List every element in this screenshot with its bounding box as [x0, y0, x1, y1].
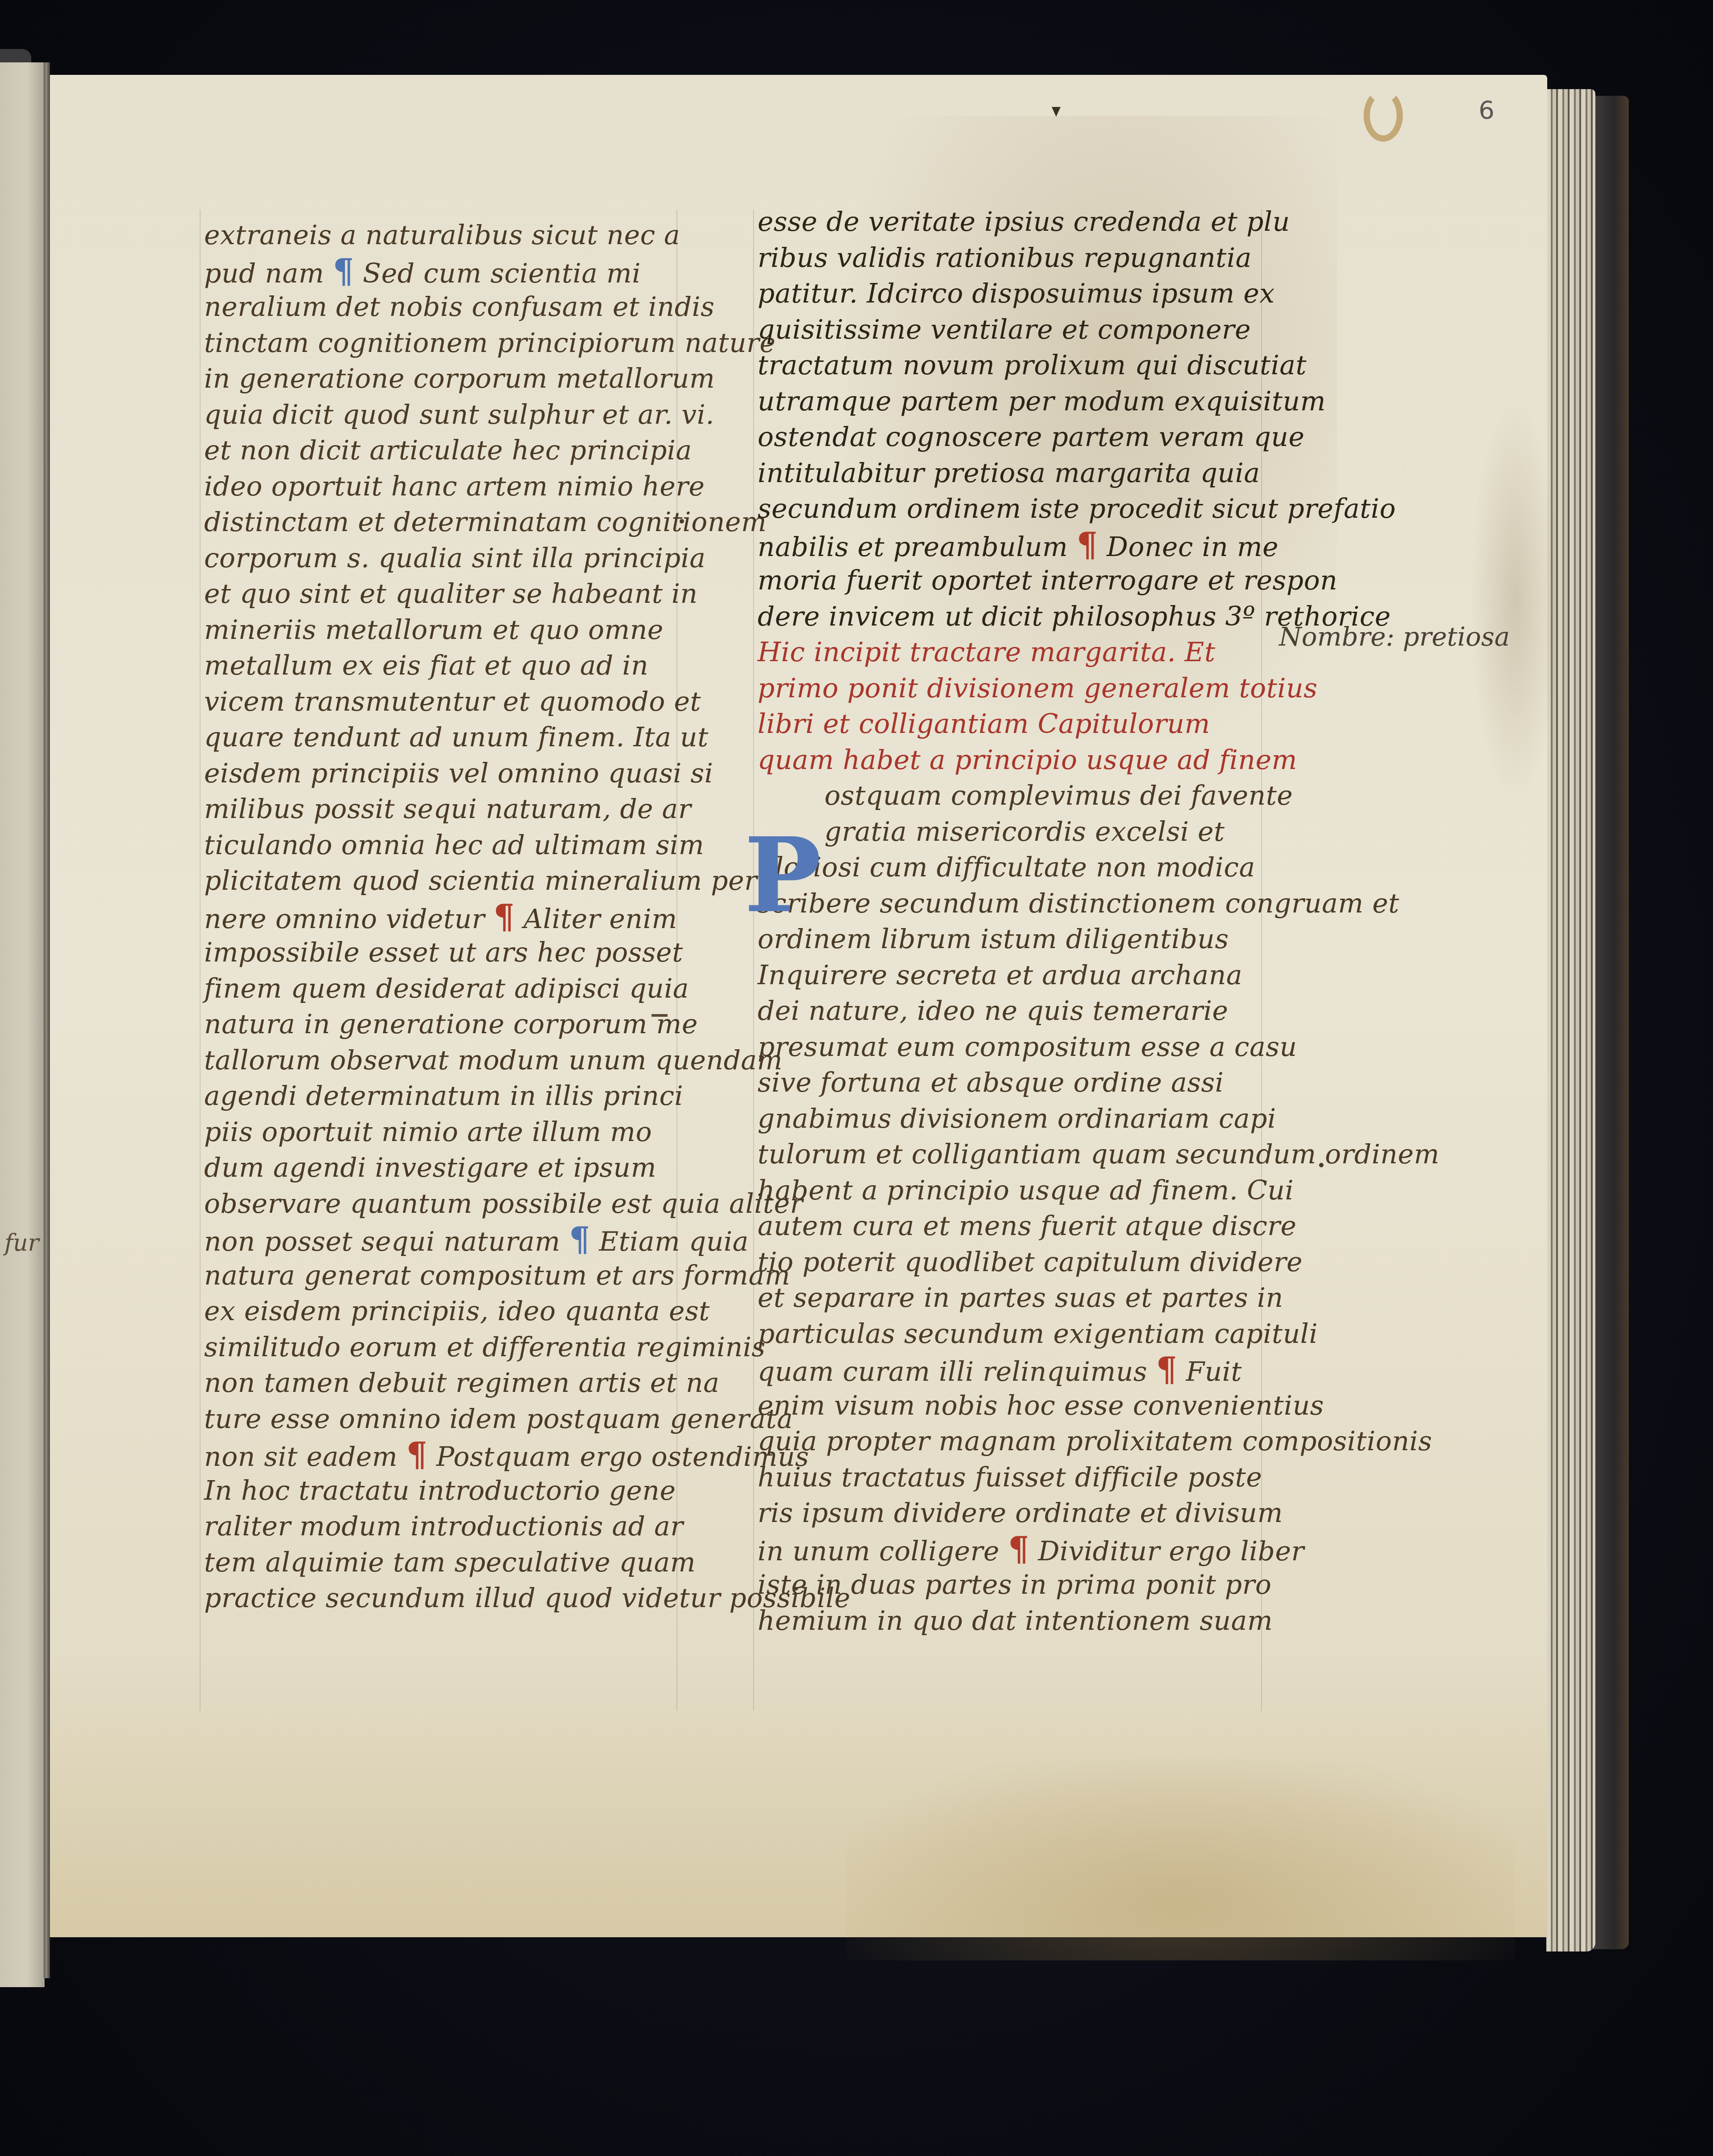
line-text: presumat eum compositum esse a casu: [758, 1031, 1297, 1063]
line-text: ostquam complevimus dei favente: [824, 780, 1293, 811]
line-text: et separare in partes suas et partes in: [758, 1282, 1283, 1313]
line-text: Postquam ergo ostendimus: [427, 1441, 809, 1473]
text-line: tulorum et colligantiam quam secundum or…: [758, 1137, 1252, 1173]
text-line: In hoc tractatu introductorio gene: [204, 1473, 676, 1509]
text-line: ostendat cognoscere partem veram que: [758, 419, 1252, 455]
text-line: mineriis metallorum et quo omne: [204, 612, 676, 648]
text-line: ribus validis rationibus repugnantia: [758, 240, 1252, 276]
text-line: impossibile esset ut ars hec posset: [204, 935, 676, 971]
text-line: enim visum nobis hoc esse convenientius: [758, 1388, 1252, 1424]
line-text: ex eisdem principiis, ideo quanta est: [204, 1296, 710, 1327]
line-text: nabilis et preambulum: [758, 532, 1077, 563]
line-text: ticulando omnia hec ad ultimam sim: [204, 830, 704, 861]
text-column-left: extraneis a naturalibus sicut nec apud n…: [204, 217, 676, 1616]
line-text: intitulabitur pretiosa margarita quia: [758, 458, 1260, 489]
text-line: pud nam ¶ Sed cum scientia mi: [204, 254, 676, 290]
line-text: in unum colligere: [758, 1536, 1008, 1567]
line-text: esse de veritate ipsius credenda et plu: [758, 206, 1290, 237]
text-line: tinctam cognitionem principiorum nature: [204, 325, 676, 361]
text-line: quia dicit quod sunt sulphur et ar. vi.: [204, 397, 676, 433]
text-line: hemium in quo dat intentionem suam: [758, 1603, 1252, 1639]
line-text: Hic incipit tractare margarita. Et: [758, 637, 1215, 668]
text-line: nabilis et preambulum ¶ Donec in me: [758, 527, 1252, 563]
text-line: metallum ex eis fiat et quo ad in: [204, 648, 676, 684]
text-line: tallorum observat modum unum quendam: [204, 1043, 676, 1079]
text-line: ostquam complevimus dei favente: [758, 778, 1252, 814]
folio-number: 6: [1479, 96, 1495, 125]
text-line: scribere secundum distinctionem congruam…: [758, 886, 1252, 922]
line-text: agendi determinatum in illis princi: [204, 1080, 683, 1112]
text-line: gnabimus divisionem ordinariam capi: [758, 1101, 1252, 1137]
text-line: sive fortuna et absque ordine assi: [758, 1065, 1252, 1101]
line-text: sive fortuna et absque ordine assi: [758, 1067, 1224, 1098]
text-line: moria fuerit oportet interrogare et resp…: [758, 563, 1252, 599]
text-line: in unum colligere ¶ Dividitur ergo liber: [758, 1531, 1252, 1567]
ruling-line: [200, 209, 201, 1711]
line-text: Inquirere secreta et ardua archana: [758, 960, 1242, 991]
text-line: intitulabitur pretiosa margarita quia: [758, 455, 1252, 491]
line-text: utramque partem per modum exquisitum: [758, 386, 1326, 417]
line-text: scribere secundum distinctionem congruam…: [758, 888, 1399, 919]
line-text: ostendat cognoscere partem veram que: [758, 421, 1304, 453]
line-text: quia propter magnam prolixitatem composi…: [758, 1426, 1432, 1457]
line-text: Etiam quia: [590, 1226, 749, 1257]
line-text: quare tendunt ad unum finem. Ita ut: [204, 722, 709, 753]
line-text: secundum ordinem iste procedit sicut pre…: [758, 493, 1396, 524]
line-text: In hoc tractatu introductorio gene: [204, 1475, 676, 1506]
line-text: tem alquimie tam speculative quam: [204, 1547, 696, 1578]
page-block-edges: [1546, 89, 1595, 1951]
decorated-initial-p: P: [744, 824, 821, 927]
text-line: gratia misericordis excelsi et: [758, 814, 1252, 850]
text-line: finem quem desiderat adipisci quia: [204, 971, 676, 1007]
text-line: neralium det nobis confusam et indis: [204, 289, 676, 325]
line-text: libri et colligantiam Capitulorum: [758, 708, 1210, 740]
text-line: quia propter magnam prolixitatem composi…: [758, 1424, 1252, 1460]
text-line: piis oportuit nimio arte illum mo: [204, 1114, 676, 1150]
text-line: plicitatem quod scientia mineralium pert…: [204, 863, 676, 899]
line-text: Fuit: [1177, 1356, 1242, 1387]
text-line: presumat eum compositum esse a casu: [758, 1029, 1252, 1065]
text-line: dum agendi investigare et ipsum: [204, 1150, 676, 1186]
paragraph-mark-icon: ¶: [1156, 1350, 1177, 1389]
line-text: natura generat compositum et ars formam: [204, 1260, 790, 1291]
text-line: tem alquimie tam speculative quam: [204, 1545, 676, 1581]
line-text: autem cura et mens fuerit atque discre: [758, 1211, 1296, 1242]
facing-page-marginal-marks: fur: [4, 1230, 39, 1256]
water-stain: [847, 1760, 1515, 1960]
text-line: practice secundum illud quod videtur pos…: [204, 1580, 676, 1616]
text-line: observare quantum possibile est quia ali…: [204, 1186, 676, 1222]
line-text: neralium det nobis confusam et indis: [204, 291, 715, 323]
line-text: mineriis metallorum et quo omne: [204, 614, 664, 646]
line-text: corporum s. qualia sint illa principia: [204, 543, 706, 574]
text-line: tio poterit quodlibet capitulum dividere: [758, 1244, 1252, 1281]
line-text: metallum ex eis fiat et quo ad in: [204, 650, 648, 681]
paragraph-mark-icon: ¶: [1008, 1530, 1029, 1568]
line-text: nere omnino videtur: [204, 904, 494, 935]
line-text: milibus possit sequi naturam, de ar: [204, 794, 691, 825]
paragraph-mark-icon: ¶: [1077, 526, 1098, 564]
text-line: dei nature, ideo ne quis temerarie: [758, 993, 1252, 1029]
book-cover-edge: [1593, 96, 1629, 1949]
line-text: ris ipsum dividere ordinate et divisum: [758, 1497, 1283, 1529]
line-text: similitudo eorum et differentia regimini…: [204, 1332, 766, 1363]
line-text: tallorum observat modum unum quendam: [204, 1045, 783, 1076]
paragraph-mark-icon: ¶: [494, 898, 515, 936]
text-line: iste in duas partes in prima ponit pro: [758, 1567, 1252, 1603]
text-line: natura in generatione corporum me: [204, 1006, 676, 1043]
line-text: practice secundum illud quod videtur pos…: [204, 1583, 851, 1614]
paragraph-mark-icon: ¶: [569, 1220, 590, 1259]
text-column-right: esse de veritate ipsius credenda et plur…: [758, 204, 1252, 1639]
text-line: quare tendunt ad unum finem. Ita ut: [204, 720, 676, 756]
line-text: finem quem desiderat adipisci quia: [204, 973, 689, 1004]
ruling-line: [753, 209, 754, 1711]
line-text: gratia misericordis excelsi et: [824, 816, 1225, 847]
ink-stain-mark: [1364, 89, 1403, 142]
line-text: quam curam illi relinquimus: [758, 1356, 1156, 1387]
line-text: tio poterit quodlibet capitulum dividere: [758, 1247, 1303, 1278]
text-line: tractatum novum prolixum qui discutiat: [758, 348, 1252, 384]
text-line: primo ponit divisionem generalem totius: [758, 671, 1252, 707]
text-line: eisdem principiis vel omnino quasi si: [204, 756, 676, 792]
text-line: extraneis a naturalibus sicut nec a: [204, 217, 676, 254]
line-text: observare quantum possibile est quia ali…: [204, 1188, 803, 1219]
text-line: utramque partem per modum exquisitum: [758, 384, 1252, 420]
line-text: extraneis a naturalibus sicut nec a: [204, 220, 680, 251]
text-line: et separare in partes suas et partes in: [758, 1280, 1252, 1316]
text-line: milibus possit sequi naturam, de ar: [204, 791, 676, 827]
line-text: quam habet a principio usque ad finem: [758, 745, 1297, 776]
line-text: non sit eadem: [204, 1441, 406, 1473]
text-line: ture esse omnino idem postquam generata: [204, 1401, 676, 1437]
line-text: vicem transmutentur et quomodo et: [204, 686, 701, 717]
line-text: pud nam: [204, 258, 333, 289]
text-line: distinctam et determinatam cognitionem: [204, 504, 676, 540]
text-line: non sit eadem ¶ Postquam ergo ostendimus: [204, 1437, 676, 1473]
text-line: nere omnino videtur ¶ Aliter enim: [204, 899, 676, 935]
line-text: distinctam et determinatam cognitionem: [204, 507, 766, 538]
marginal-annotation: Nombre: pretiosa: [1279, 622, 1510, 652]
text-line: et quo sint et qualiter se habeant in: [204, 576, 676, 612]
line-text: habent a principio usque ad finem. Cui: [758, 1175, 1294, 1206]
text-line: non posset sequi naturam ¶ Etiam quia: [204, 1222, 676, 1258]
ink-mark: [1052, 107, 1061, 117]
line-text: non posset sequi naturam: [204, 1226, 569, 1257]
text-line: autem cura et mens fuerit atque discre: [758, 1208, 1252, 1244]
line-text: ture esse omnino idem postquam generata: [204, 1403, 793, 1435]
text-line: libri et colligantiam Capitulorum: [758, 706, 1252, 742]
facing-page-edge: [0, 62, 45, 1987]
line-text: moria fuerit oportet interrogare et resp…: [758, 565, 1338, 596]
line-text: natura in generatione corporum me: [204, 1009, 698, 1040]
line-text: gloriosi cum difficultate non modica: [758, 852, 1255, 883]
text-line: quam habet a principio usque ad finem: [758, 742, 1252, 778]
text-line: et non dicit articulate hec principia: [204, 433, 676, 469]
line-text: eisdem principiis vel omnino quasi si: [204, 758, 713, 789]
text-line: Hic incipit tractare margarita. Et: [758, 634, 1252, 671]
text-line: ticulando omnia hec ad ultimam sim: [204, 827, 676, 863]
line-text: enim visum nobis hoc esse convenientius: [758, 1390, 1324, 1421]
text-line: raliter modum introductionis ad ar: [204, 1509, 676, 1545]
line-text: tractatum novum prolixum qui discutiat: [758, 350, 1307, 381]
line-text: ribus validis rationibus repugnantia: [758, 242, 1252, 274]
text-line: ris ipsum dividere ordinate et divisum: [758, 1495, 1252, 1531]
line-text: raliter modum introductionis ad ar: [204, 1511, 683, 1542]
text-line: natura generat compositum et ars formam: [204, 1258, 676, 1294]
line-text: ordinem librum istum diligentibus: [758, 924, 1229, 955]
text-line: vicem transmutentur et quomodo et: [204, 684, 676, 720]
text-line: habent a principio usque ad finem. Cui: [758, 1173, 1252, 1209]
text-line: corporum s. qualia sint illa principia: [204, 540, 676, 577]
text-line: similitudo eorum et differentia regimini…: [204, 1330, 676, 1366]
line-text: plicitatem quod scientia mineralium pert…: [204, 865, 777, 896]
line-text: et quo sint et qualiter se habeant in: [204, 578, 698, 610]
line-text: impossibile esset ut ars hec posset: [204, 937, 683, 968]
line-text: et non dicit articulate hec principia: [204, 435, 692, 466]
line-text: iste in duas partes in prima ponit pro: [758, 1569, 1271, 1600]
text-line: ordinem librum istum diligentibus: [758, 921, 1252, 957]
line-text: quia dicit quod sunt sulphur et ar. vi.: [204, 399, 714, 430]
text-line: gloriosi cum difficultate non modica: [758, 850, 1252, 886]
line-text: hemium in quo dat intentionem suam: [758, 1605, 1273, 1636]
line-text: tulorum et colligantiam quam secundum or…: [758, 1139, 1439, 1170]
text-line: dere invicem ut dicit philosophus 3º ret…: [758, 599, 1252, 635]
line-text: ideo oportuit hanc artem nimio here: [204, 471, 705, 502]
line-text: dei nature, ideo ne quis temerarie: [758, 995, 1228, 1027]
text-line: huius tractatus fuisset difficile poste: [758, 1460, 1252, 1496]
text-line: non tamen debuit regimen artis et na: [204, 1365, 676, 1401]
line-text: tinctam cognitionem principiorum nature: [204, 327, 776, 359]
text-line: Inquirere secreta et ardua archana: [758, 957, 1252, 994]
text-line: particulas secundum exigentiam capituli: [758, 1316, 1252, 1352]
text-line: quam curam illi relinquimus ¶ Fuit: [758, 1352, 1252, 1388]
line-text: Donec in me: [1098, 532, 1279, 563]
line-text: Aliter enim: [515, 904, 677, 935]
text-line: secundum ordinem iste procedit sicut pre…: [758, 491, 1252, 527]
line-text: quisitissime ventilare et componere: [758, 314, 1251, 345]
line-text: primo ponit divisionem generalem totius: [758, 673, 1317, 704]
gutter-clamp-bar: [44, 62, 50, 1978]
text-line: patitur. Idcirco disposuimus ipsum ex: [758, 276, 1252, 312]
text-line: quisitissime ventilare et componere: [758, 312, 1252, 348]
line-text: Dividitur ergo liber: [1029, 1536, 1304, 1567]
line-text: patitur. Idcirco disposuimus ipsum ex: [758, 278, 1275, 309]
line-text: Sed cum scientia mi: [354, 258, 641, 289]
text-line: ideo oportuit hanc artem nimio here: [204, 469, 676, 505]
line-text: piis oportuit nimio arte illum mo: [204, 1117, 652, 1148]
text-line: in generatione corporum metallorum: [204, 361, 676, 397]
text-line: ex eisdem principiis, ideo quanta est: [204, 1293, 676, 1330]
water-stain: [1471, 401, 1560, 802]
line-text: particulas secundum exigentiam capituli: [758, 1318, 1318, 1350]
text-line: agendi determinatum in illis princi: [204, 1078, 676, 1114]
line-text: huius tractatus fuisset difficile poste: [758, 1462, 1262, 1493]
line-text: dum agendi investigare et ipsum: [204, 1152, 656, 1183]
line-text: non tamen debuit regimen artis et na: [204, 1367, 719, 1399]
paragraph-mark-icon: ¶: [406, 1436, 428, 1474]
text-line: esse de veritate ipsius credenda et plu: [758, 204, 1252, 240]
paragraph-mark-icon: ¶: [333, 252, 354, 290]
line-text: gnabimus divisionem ordinariam capi: [758, 1103, 1276, 1134]
line-text: in generatione corporum metallorum: [204, 363, 715, 394]
